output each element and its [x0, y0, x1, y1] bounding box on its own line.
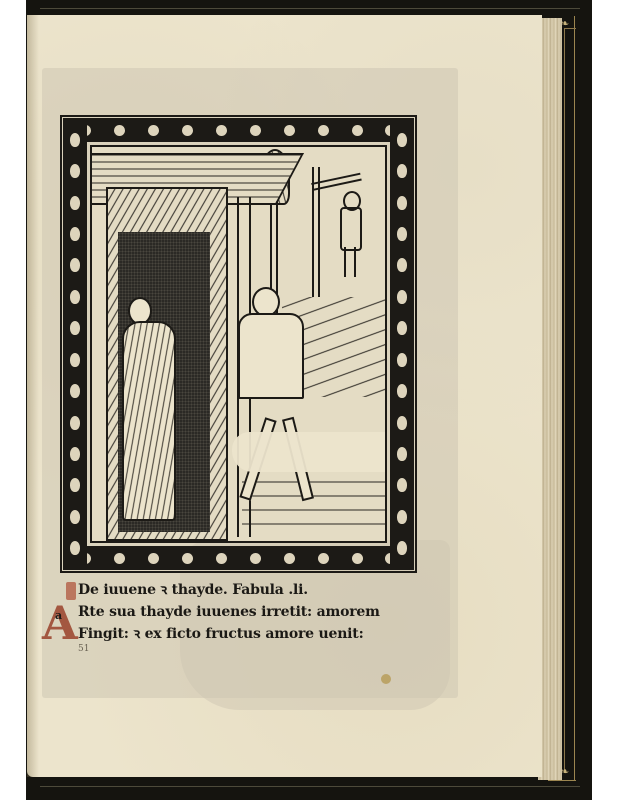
ornamental-border-right — [390, 118, 414, 570]
page-scan-viewer: ❧ ❧ — [0, 0, 618, 800]
fable-title: De iuuene ꝛ thayde. Fabula .li. — [78, 580, 308, 599]
corner-ornament-icon: ❧ — [560, 18, 574, 30]
gutter-shadow — [27, 15, 39, 777]
guide-letter: a — [55, 609, 62, 622]
foxing-stain — [381, 674, 391, 684]
gold-tooling-rule-bottom — [548, 780, 576, 781]
gold-tooling-rule-inner — [564, 28, 565, 770]
woodcut-illustration — [60, 115, 417, 573]
ornamental-border-left — [63, 118, 87, 570]
corner-ornament-icon: ❧ — [560, 766, 574, 778]
hanged-man-figure — [340, 191, 360, 279]
marginal-annotation: 51 — [78, 644, 89, 654]
binding-edge-top — [40, 8, 580, 9]
woodcut-scene — [90, 145, 387, 543]
young-man-figure — [232, 287, 332, 507]
gold-tooling-rule — [574, 16, 575, 780]
paper-loss-damage — [232, 432, 387, 472]
ornamental-border-bottom — [63, 546, 414, 570]
woman-figure — [122, 297, 178, 519]
verse-line-2: Fingit: ꝛ ex ficto fructus amore uenit: — [78, 624, 364, 643]
verse-line-1: Rte sua thayde iuuenes irretit: amorem — [78, 604, 380, 620]
ornamental-border-top — [63, 118, 414, 142]
binding-edge-bottom — [40, 786, 580, 787]
